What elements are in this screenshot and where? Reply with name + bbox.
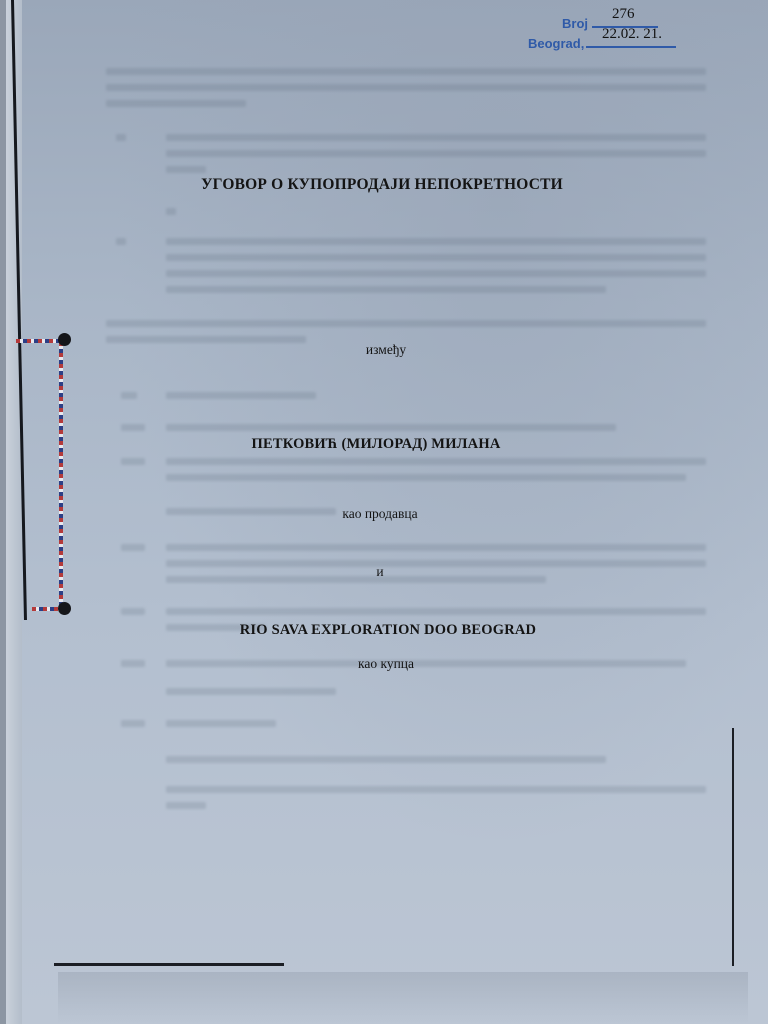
page-bottom-edge-line: [54, 963, 284, 966]
seller-role: као продавца: [0, 506, 764, 522]
registry-stamp: Broj 276 Beograd, 22.02. 21.: [526, 0, 766, 56]
stamp-number-label: Broj: [562, 16, 588, 31]
document-page: Broj 276 Beograd, 22.02. 21. УГОВОР О КУ…: [6, 0, 768, 1024]
seal-knot-bottom: [58, 602, 71, 615]
page-right-edge-line: [732, 728, 734, 966]
stamp-date-underline: [586, 46, 676, 48]
buyer-name: RIO SAVA EXPLORATION DOO BEOGRAD: [4, 622, 768, 639]
buyer-role: као купца: [2, 656, 768, 672]
seller-name: ПЕТКОВИЋ (МИЛОРАД) МИЛАНА: [0, 436, 760, 453]
contract-title: УГОВОР О КУПОПРОДАЈИ НЕПОКРЕТНОСТИ: [0, 176, 766, 194]
stamp-place-label: Beograd,: [528, 36, 584, 51]
stamp-date-value: 22.02. 21.: [602, 26, 662, 43]
page-shadow: [58, 972, 748, 1024]
conjunction: и: [0, 564, 764, 580]
seal-knot-top: [58, 333, 71, 346]
stamp-number-value: 276: [612, 6, 635, 23]
between-text: између: [2, 342, 768, 358]
